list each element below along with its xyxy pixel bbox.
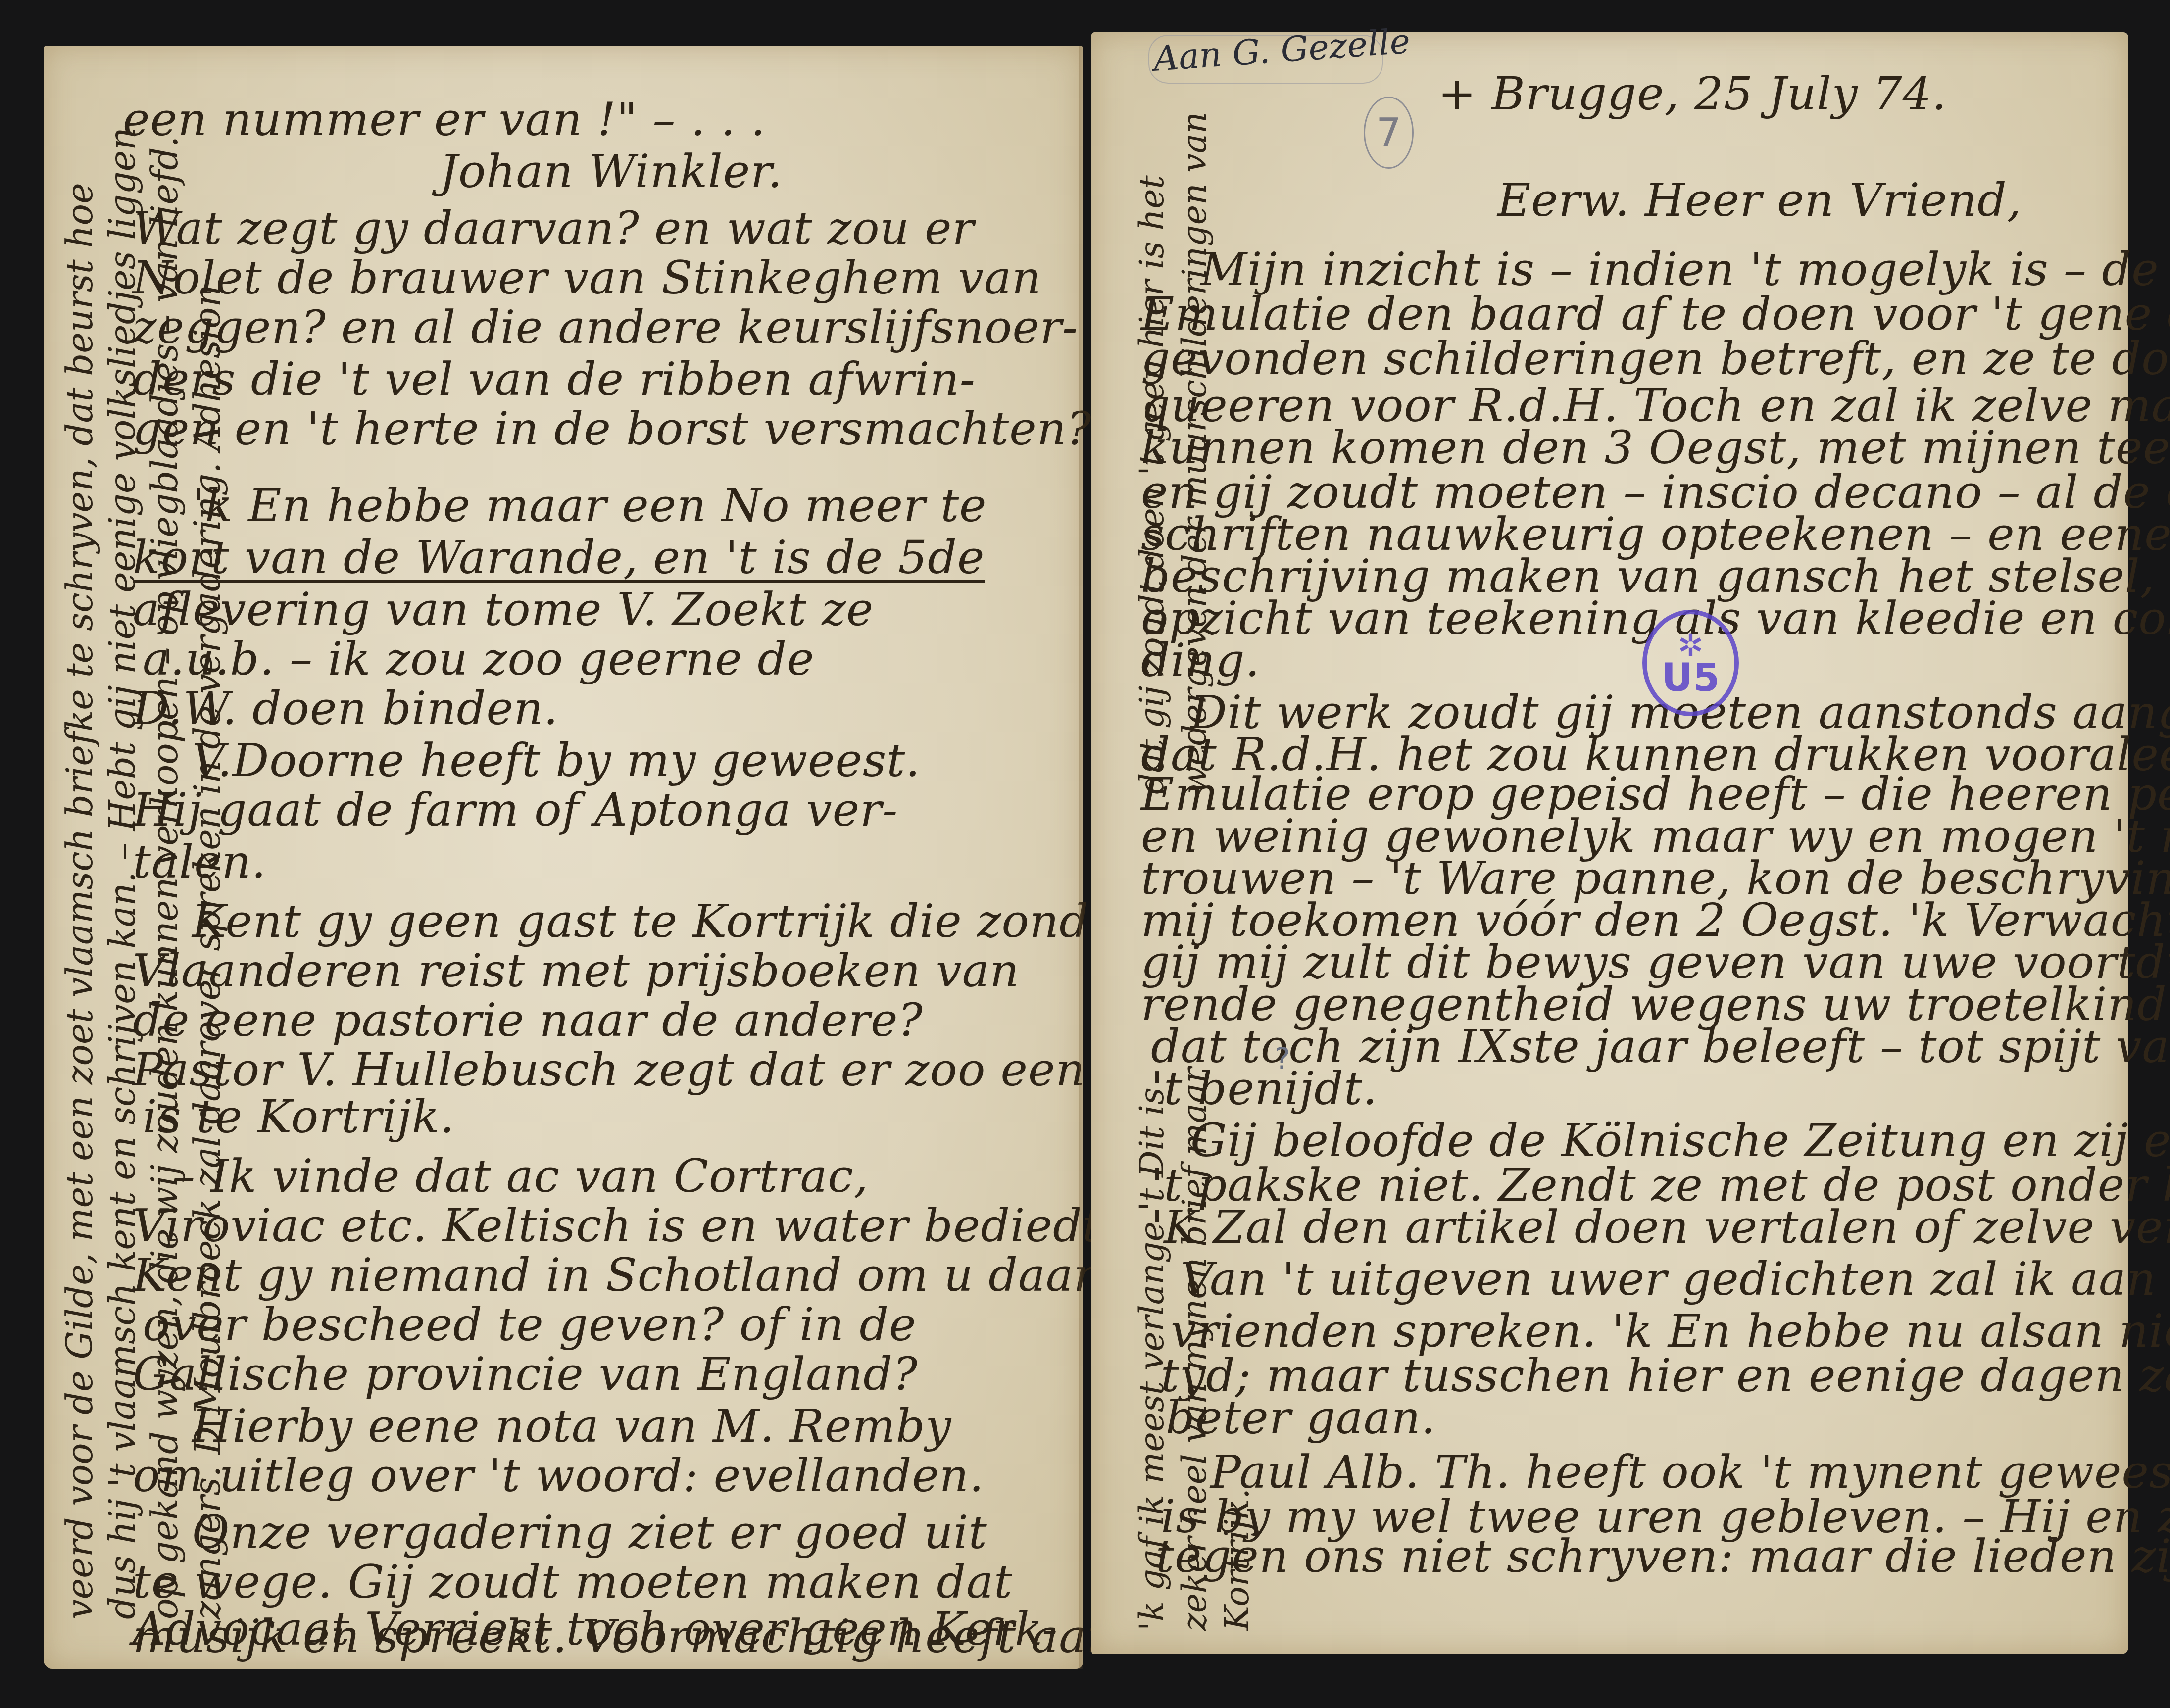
- margin-note-line: veerd voor de Gilde, met een zoet vlaams…: [58, 127, 101, 1619]
- text-line: 'K Zal den artikel doen vertalen of zelv…: [1151, 1203, 2170, 1252]
- text-line: over bescheed te geven? of in de: [143, 1300, 917, 1350]
- text-line: D.W. doen binden.: [133, 684, 558, 733]
- salutation: Eerw. Heer en Vriend,: [1497, 176, 2022, 225]
- text-line: Mijn inzicht is – indien 't mogelyk is –…: [1200, 245, 2159, 294]
- text-line: kunnen komen den 3 Oegst, met mijnen tee…: [1141, 423, 2170, 473]
- text-line: talen.: [133, 837, 266, 887]
- text-line: is te Kortrijk.: [143, 1092, 455, 1142]
- text-line: te wege. Gij zoudt moeten maken dat: [133, 1558, 1013, 1607]
- text-line: Paul Alb. Th. heeft ook 't mynent gewees…: [1210, 1448, 2170, 1497]
- text-line: Wat zegt gy daarvan? en wat zou er: [133, 204, 975, 253]
- text-line: Pastor V. Hullebusch zegt dat er zoo een: [133, 1045, 1085, 1095]
- text-line: kort van de Warande, en 't is de 5de: [133, 533, 985, 583]
- text-line: Nolet de brauwer van Stinkeghem van: [133, 253, 1041, 303]
- signature: Johan Winkler.: [440, 147, 783, 196]
- text-line: Kent gy geen gast te Kortrijk die zond: [192, 897, 1089, 946]
- text-line: een nummer er van !" – . . .: [123, 95, 766, 145]
- text-line: om uitleg over 't woord: evellanden.: [133, 1451, 984, 1501]
- text-line: 't benijdt.: [1151, 1064, 1378, 1114]
- text-line: – Ik vinde dat ac van Cortrac,: [172, 1152, 869, 1201]
- text-line: Viroviac etc. Keltisch is en water bedie…: [133, 1201, 1116, 1251]
- text-line: tegen ons niet schryven: maar die lieden…: [1156, 1532, 2170, 1581]
- page-fold: [1079, 46, 1083, 1669]
- text-line: 'k En hebbe maar een No meer te: [192, 481, 987, 531]
- text-line: Vlaanderen reist met prijsboeken van: [133, 946, 1020, 996]
- text-line: aflevering van tome V. Zoekt ze: [133, 585, 874, 634]
- text-line: Van 't uitgeven uwer gedichten zal ik aa…: [1181, 1255, 2170, 1304]
- pencil-query-mark: ?: [1275, 1042, 1290, 1076]
- text-line: gen en 't herte in de borst versmachten?: [133, 404, 1091, 454]
- text-line: gevonden schilderingen betreft, en ze te…: [1141, 334, 2170, 384]
- text-line: Hierby eene nota van M. Remby: [192, 1402, 952, 1451]
- text-line: a.u.b. – ik zou zoo geerne de: [143, 634, 815, 684]
- text-line: Onze vergadering ziet er goed uit: [192, 1508, 987, 1558]
- text-line: Emulatie den baard af te doen voor 't ge…: [1141, 290, 2170, 339]
- text-line: de eene pastorie naar de andere?: [133, 996, 923, 1045]
- text-line: zeggen? en al die andere keurslijfsnoer-: [133, 303, 1078, 352]
- text-line: Kent gy niemand in Schotland om u daar-: [133, 1251, 1112, 1300]
- letter-page-right: dat gij zoudt doen 't geen hier is het w…: [1091, 32, 2128, 1654]
- dateline: + Brugge, 25 July 74.: [1438, 69, 1947, 119]
- text-line: V.Doorne heeft by my geweest.: [192, 736, 920, 785]
- text-line: Gallische provincie van England?: [133, 1350, 918, 1399]
- text-line: beter gaan.: [1166, 1393, 1436, 1443]
- stamp-mark: U5: [1662, 660, 1720, 696]
- text-line: Hij gaat de farm of Aptonga ver-: [133, 785, 898, 835]
- archive-number: 7: [1376, 110, 1401, 156]
- letter-page-left: veerd voor de Gilde, met een zoet vlaams…: [44, 46, 1083, 1669]
- text-line: vrienden spreken. 'k En hebbe nu alsan n…: [1171, 1307, 2170, 1356]
- text-line: ding.: [1141, 636, 1260, 685]
- archive-number-circle: 7: [1364, 97, 1414, 169]
- text-line: Gij beloofde de Kölnische Zeitung en zij…: [1190, 1116, 2170, 1166]
- text-line: ders die 't vel van de ribben afwrin-: [133, 355, 976, 404]
- library-stamp: ✲ U5: [1642, 610, 1739, 716]
- text-line: musijk en spreekt. Voormachtig heeft aan…: [133, 1612, 1132, 1661]
